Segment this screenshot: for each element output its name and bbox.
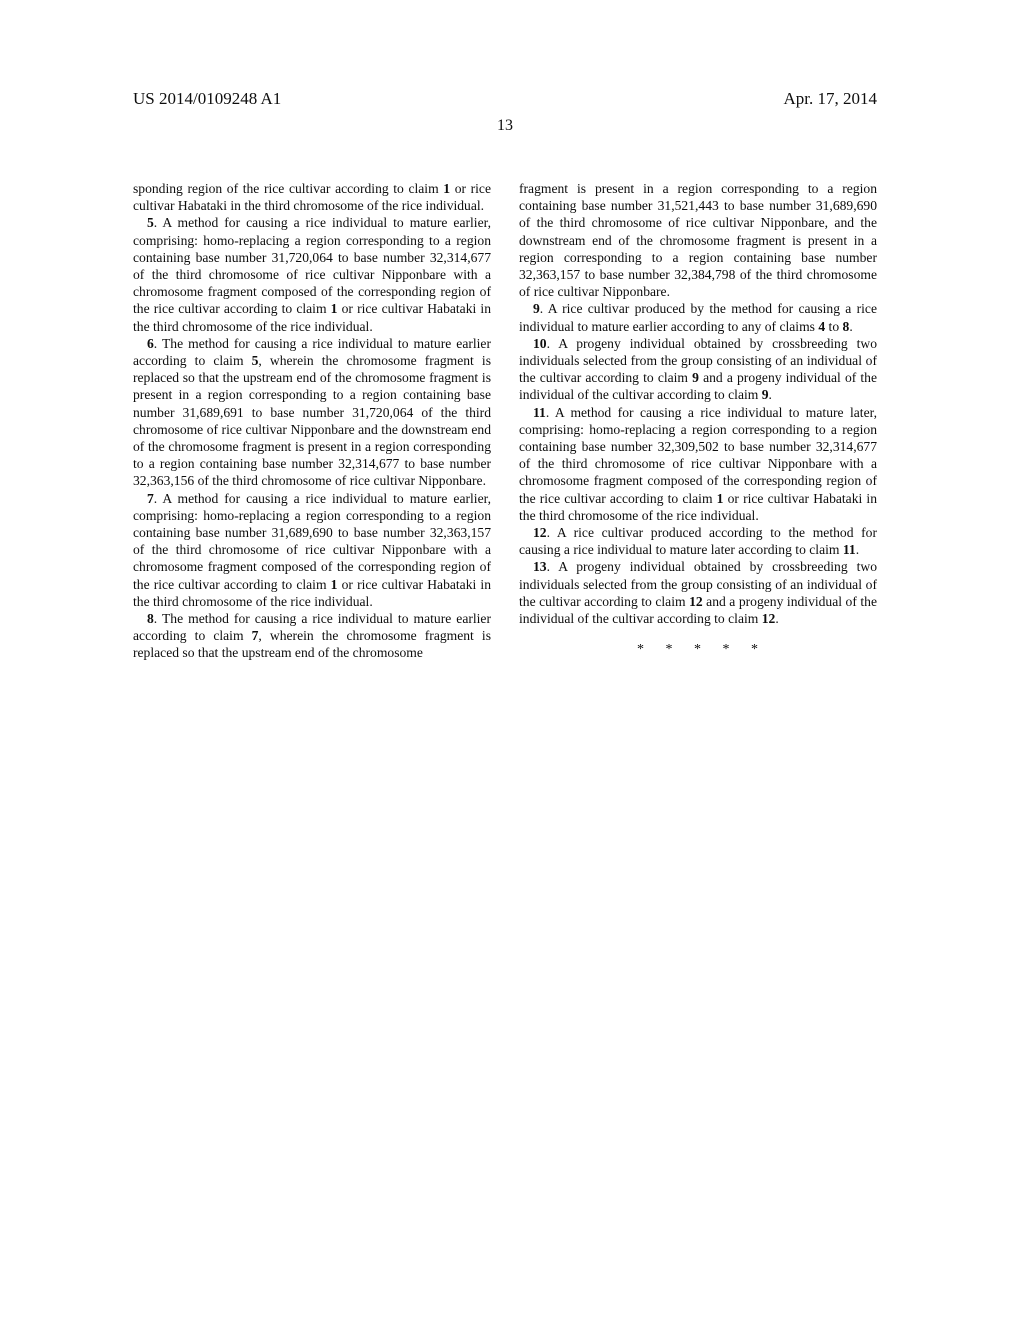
patent-publication-number: US 2014/0109248 A1 (133, 88, 281, 110)
patent-page: US 2014/0109248 A1 Apr. 17, 2014 13 spon… (0, 0, 1024, 1320)
publication-date: Apr. 17, 2014 (784, 88, 878, 110)
claim-paragraph: 13. A progeny individual obtained by cro… (519, 558, 877, 627)
page-number: 13 (133, 116, 877, 136)
left-column: sponding region of the rice cultivar acc… (133, 180, 491, 662)
claim-paragraph: 7. A method for causing a rice individua… (133, 490, 491, 610)
page-header: US 2014/0109248 A1 Apr. 17, 2014 (133, 88, 877, 110)
claim-paragraph: sponding region of the rice cultivar acc… (133, 180, 491, 214)
claim-paragraph: 12. A rice cultivar produced according t… (519, 524, 877, 558)
claim-paragraph: 9. A rice cultivar produced by the metho… (519, 300, 877, 334)
right-column-text: fragment is present in a region correspo… (519, 180, 877, 627)
claim-paragraph: 6. The method for causing a rice individ… (133, 335, 491, 490)
right-column: fragment is present in a region correspo… (519, 180, 877, 662)
claim-paragraph: 5. A method for causing a rice individua… (133, 214, 491, 334)
claim-paragraph: fragment is present in a region correspo… (519, 180, 877, 300)
claims-end-marker: * * * * * (519, 641, 877, 658)
claims-body: sponding region of the rice cultivar acc… (133, 180, 877, 662)
claim-paragraph: 10. A progeny individual obtained by cro… (519, 335, 877, 404)
claim-paragraph: 11. A method for causing a rice individu… (519, 404, 877, 524)
claim-paragraph: 8. The method for causing a rice individ… (133, 610, 491, 662)
